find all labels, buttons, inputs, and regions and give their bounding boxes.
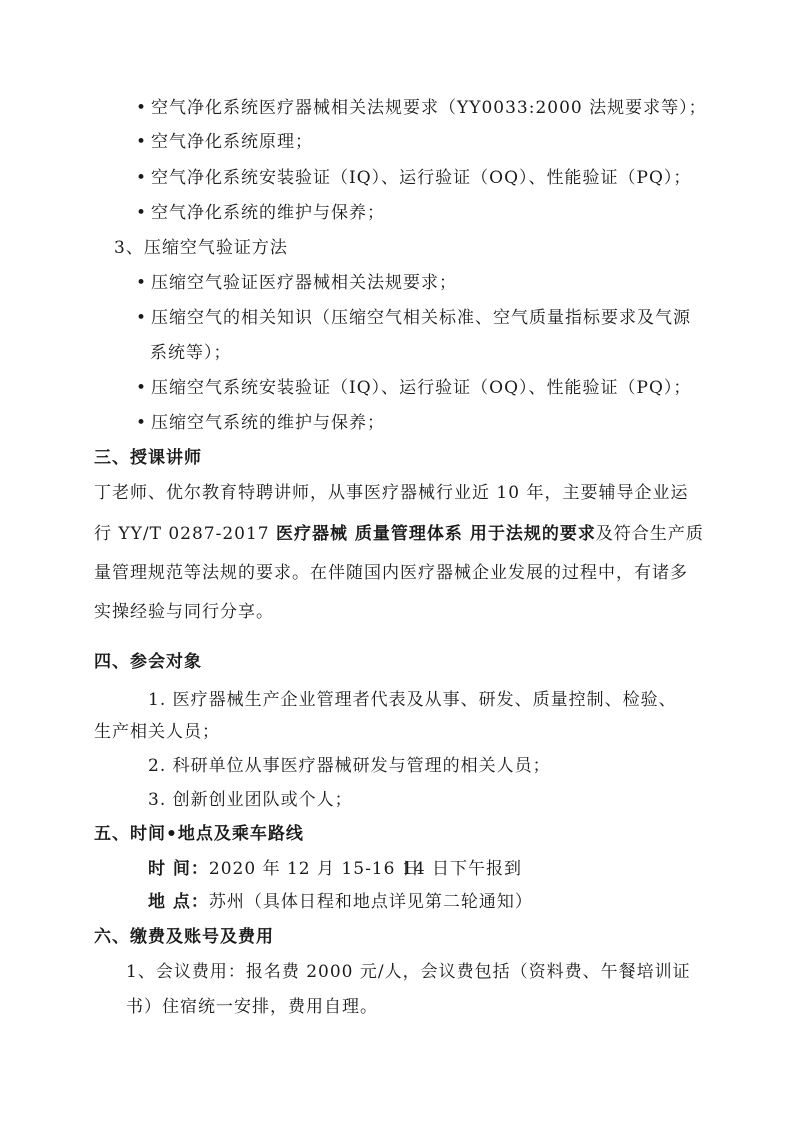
compressed-bullet-2: 压缩空气的相关知识（压缩空气相关标准、空气质量指标要求及气源: [136, 306, 691, 330]
compressed-bullet-2-cont: 系统等）；: [150, 341, 232, 365]
checkin-note: 14 日下午报到: [402, 857, 522, 881]
fee-line-2: 书）住宿统一安排，费用自理。: [126, 995, 378, 1019]
section3-heading: 三、授课讲师: [94, 446, 202, 470]
compressed-bullet-1: 压缩空气验证医疗器械相关法规要求；: [136, 271, 457, 295]
attendee-item-2: 2. 科研单位从事医疗器械研发与管理的相关人员；: [148, 754, 551, 778]
instructor-line-1: 丁老师、优尔教育特聘讲师，从事医疗器械行业近 10 年，主要辅导企业运: [94, 481, 688, 505]
compressed-bullet-4: 压缩空气系统的维护与保养；: [136, 411, 385, 435]
time-row: 时 间：2020 年 12 月 15-16 日: [148, 857, 420, 881]
section6-heading: 六、缴费及账号及费用: [94, 925, 274, 949]
instructor-line-4: 实操经验与同行分享。: [94, 600, 274, 624]
air-bullet-4: 空气净化系统的维护与保养；: [136, 201, 385, 225]
attendee-item-1: 1. 医疗器械生产企业管理者代表及从事、研发、质量控制、检验、: [148, 688, 677, 712]
instructor-line-2: 行 YY/T 0287-2017 医疗器械 质量管理体系 用于法规的要求及符合生…: [94, 522, 704, 546]
section5-heading: 五、时间•地点及乘车路线: [94, 822, 304, 846]
attendee-item-3: 3. 创新创业团队或个人；: [148, 788, 353, 812]
instructor-line-3: 量管理规范等法规的要求。在伴随国内医疗器械企业发展的过程中，有诸多: [94, 561, 688, 585]
air-bullet-2: 空气净化系统原理；: [136, 130, 313, 154]
air-bullet-3: 空气净化系统安装验证（IQ）、运行验证（OQ）、性能验证（PQ）；: [136, 166, 691, 190]
section4-heading: 四、参会对象: [94, 650, 202, 674]
air-bullet-1: 空气净化系统医疗器械相关法规要求（YY0033:2000 法规要求等）；: [136, 96, 707, 120]
fee-line-1: 1、会议费用：报名费 2000 元/人，会议费包括（资料费、午餐培训证: [126, 960, 691, 984]
place-row: 地 点：苏州（具体日程和地点详见第二轮通知）: [148, 890, 533, 914]
standard-title: 医疗器械 质量管理体系 用于法规的要求: [276, 524, 596, 544]
attendee-item-1-cont: 生产相关人员；: [94, 720, 220, 744]
compressed-air-heading: 3、压缩空气验证方法: [114, 236, 288, 260]
compressed-bullet-3: 压缩空气系统安装验证（IQ）、运行验证（OQ）、性能验证（PQ）；: [136, 376, 691, 400]
